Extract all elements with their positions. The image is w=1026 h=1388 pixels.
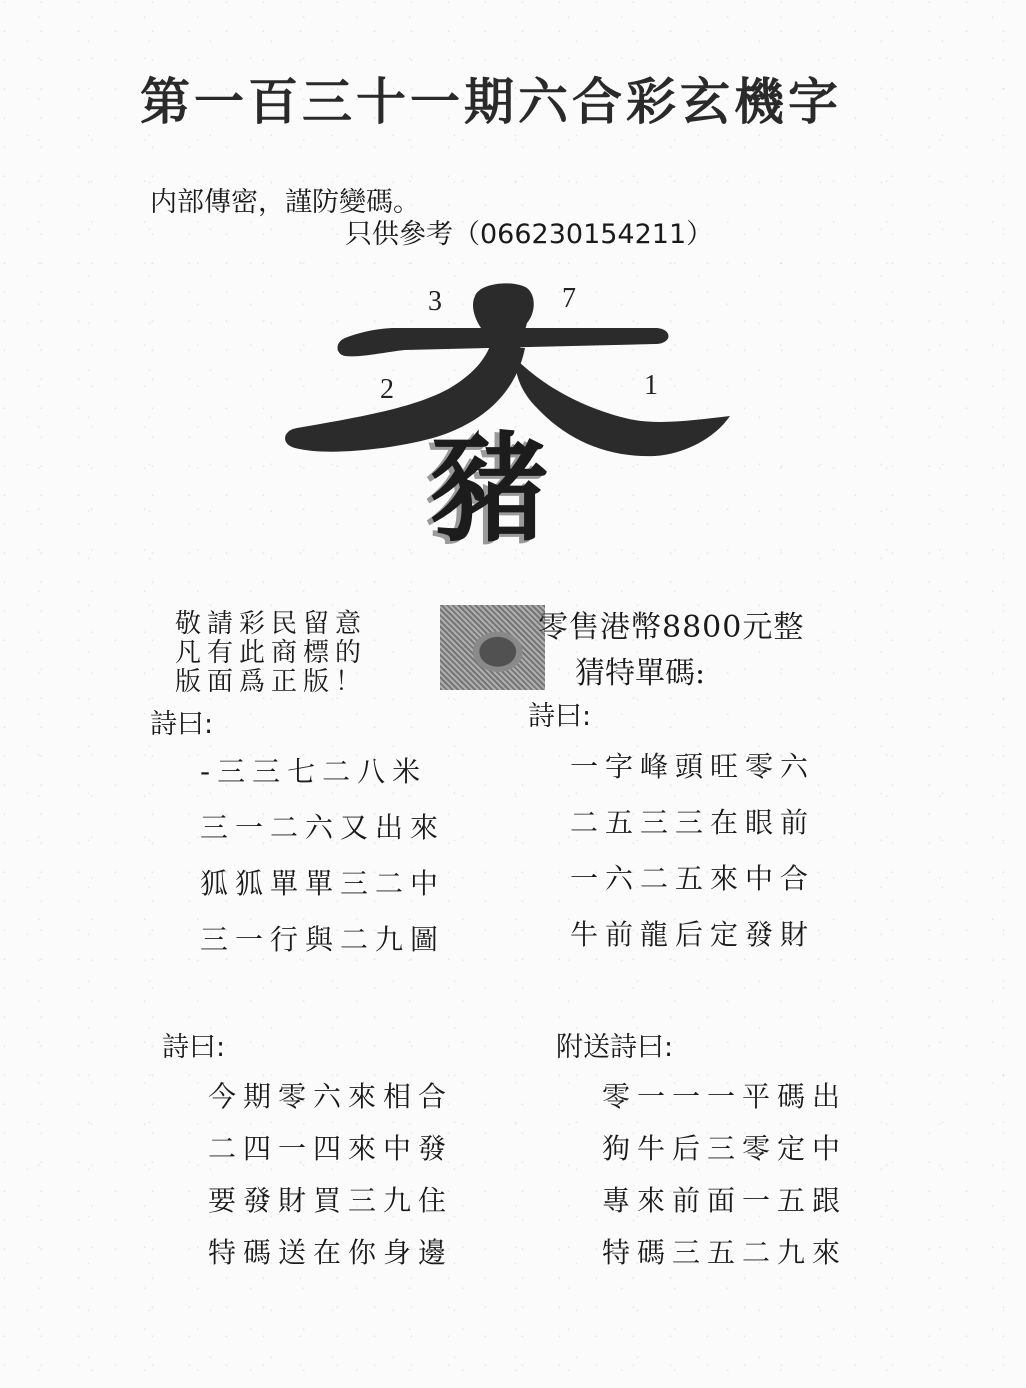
emblem-number-7: 7 xyxy=(562,283,576,315)
poem-line: 今期零六來相合 xyxy=(208,1075,453,1127)
trademark-notice: 敬請彩民留意 凡有此商標的 版面爲正版！ xyxy=(175,610,367,697)
retail-price: 零售港幣8800元整 xyxy=(538,602,804,646)
reference-notice: 只供參考（066230154211） xyxy=(345,212,713,251)
poem-line: -三三七二八米 xyxy=(200,750,445,806)
guess-special-odd-number: 猜特單碼: xyxy=(575,648,705,692)
bonus-poem-heading: 附送詩曰: xyxy=(556,1025,673,1064)
pig-character: 豬 xyxy=(430,430,548,548)
poem-line: 二四一四來中發 xyxy=(208,1127,453,1179)
trademark-line: 凡有此商標的 xyxy=(175,639,367,668)
poem-line: 特碼三五二九來 xyxy=(602,1231,847,1283)
poem-line: 三一二六又出來 xyxy=(200,806,445,862)
poem-heading: 詩曰: xyxy=(528,694,591,733)
trademark-line: 敬請彩民留意 xyxy=(175,610,367,639)
emblem-number-3: 3 xyxy=(428,286,442,318)
poem-line: 特碼送在你身邊 xyxy=(208,1231,453,1283)
trademark-line: 版面爲正版！ xyxy=(175,668,367,697)
poem-2: 一字峰頭旺零六 二五三三在眼前 一六二五來中合 牛前龍后定發財 xyxy=(570,745,815,969)
poem-1: -三三七二八米 三一二六又出來 狐狐單單三二中 三一行與二九圖 xyxy=(200,750,445,974)
poem-line: 專來前面一五跟 xyxy=(602,1179,847,1231)
poem-line: 一六二五來中合 xyxy=(570,857,815,913)
poem-line: 一字峰頭旺零六 xyxy=(570,745,815,801)
poem-line: 三一行與二九圖 xyxy=(200,918,445,974)
trademark-logo-icon xyxy=(440,605,545,690)
poem-3: 今期零六來相合 二四一四來中發 要發財買三九住 特碼送在你身邊 xyxy=(208,1075,453,1283)
poem-heading: 詩曰: xyxy=(150,702,213,741)
emblem-number-1: 1 xyxy=(644,370,658,402)
page-title: 第一百三十一期六合彩玄機字 xyxy=(140,62,842,134)
poem-line: 牛前龍后定發財 xyxy=(570,913,815,969)
poem-heading: 詩曰: xyxy=(162,1025,225,1064)
poem-line: 要發財買三九住 xyxy=(208,1179,453,1231)
poem-line: 零一一一平碼出 xyxy=(602,1075,847,1127)
poem-line: 狗牛后三零定中 xyxy=(602,1127,847,1179)
poem-4: 零一一一平碼出 狗牛后三零定中 專來前面一五跟 特碼三五二九來 xyxy=(602,1075,847,1283)
poem-line: 二五三三在眼前 xyxy=(570,801,815,857)
emblem-number-2: 2 xyxy=(380,374,394,406)
poem-line: 狐狐單單三二中 xyxy=(200,862,445,918)
